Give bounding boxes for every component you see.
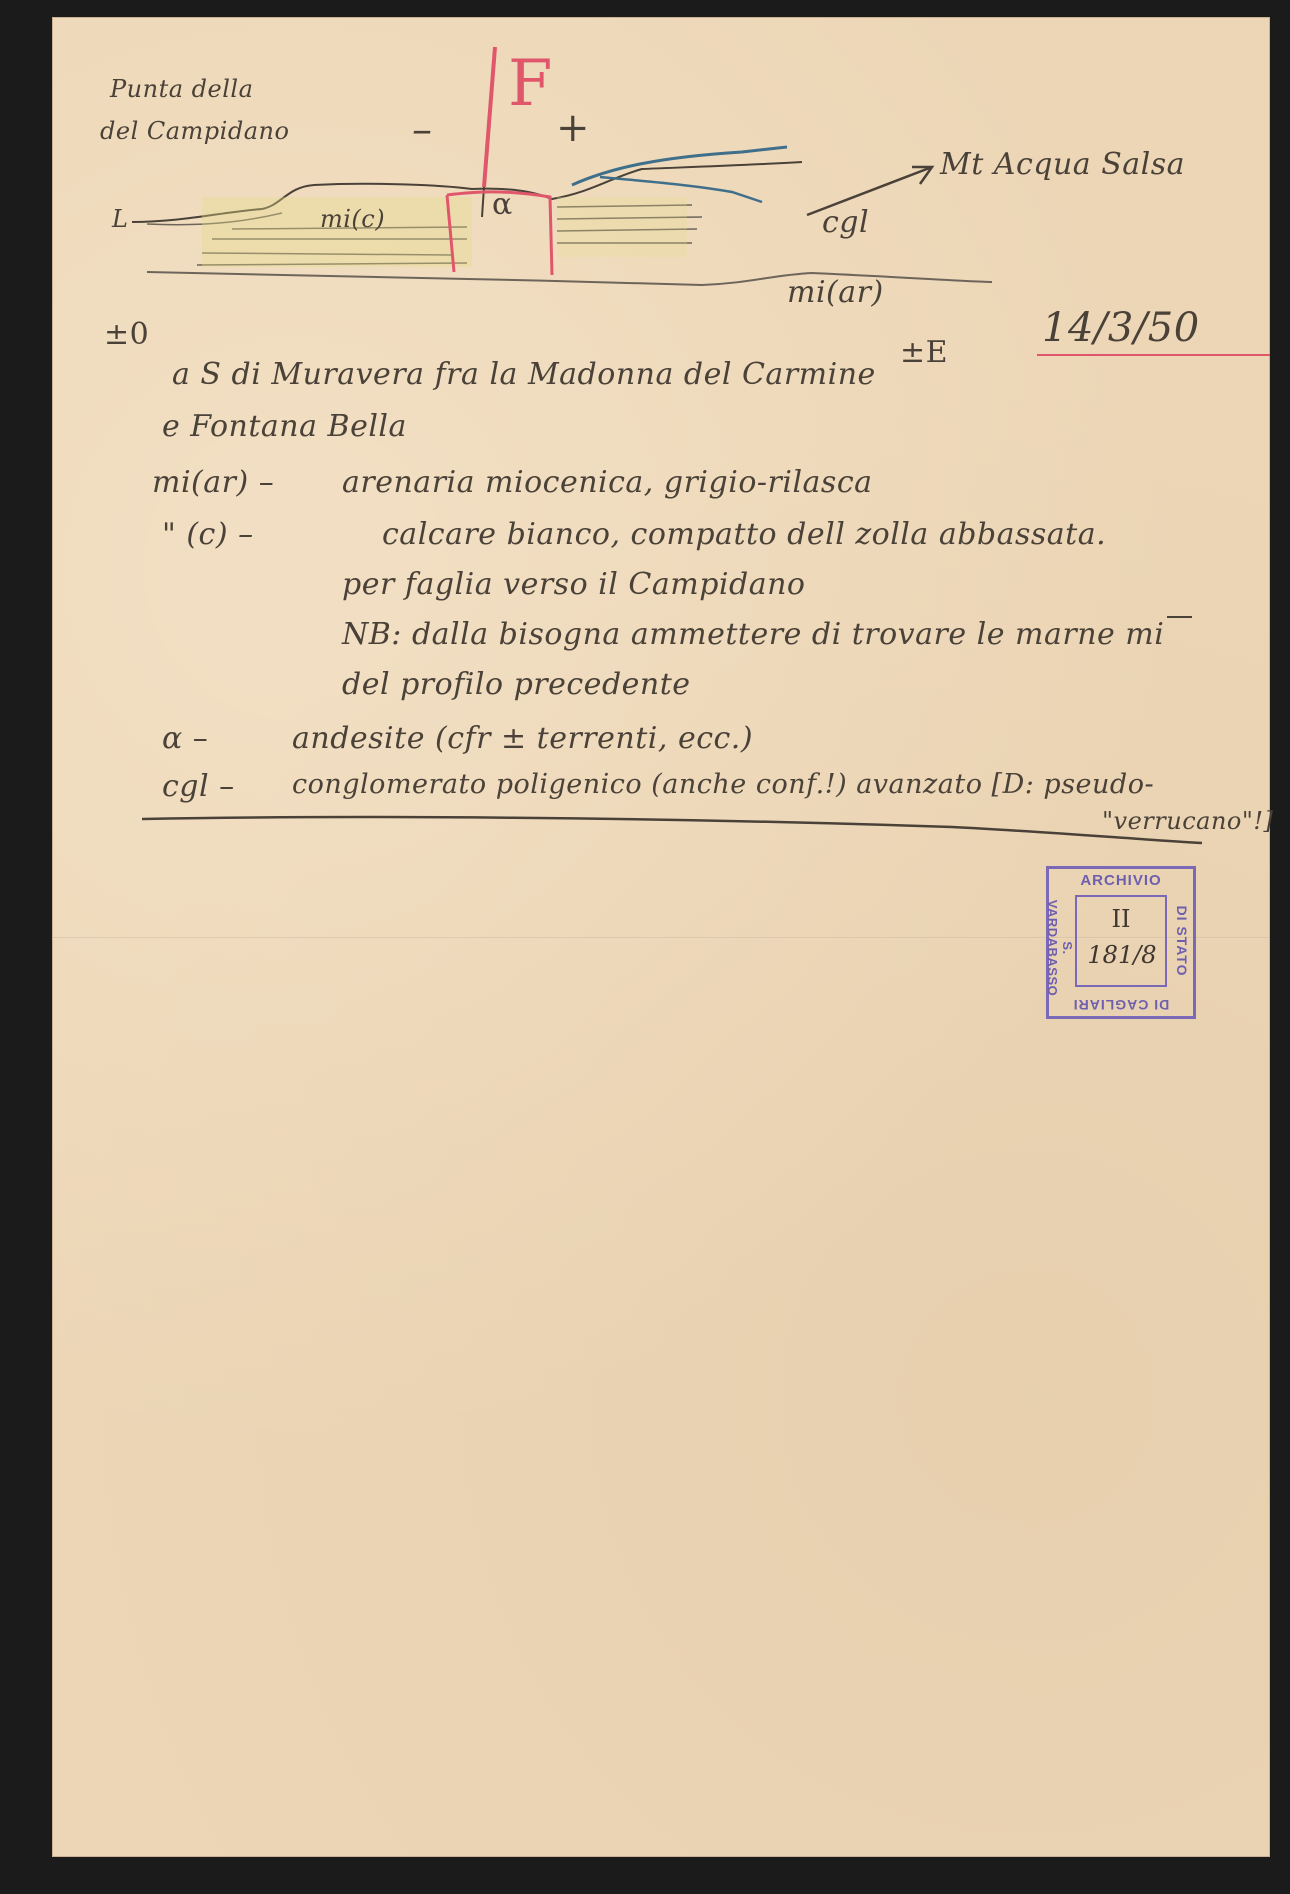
baseline-left-label: ±0 bbox=[104, 317, 149, 352]
sketch-label-cgl: cgl bbox=[822, 205, 869, 240]
top-left-note-line1: Punta della bbox=[110, 75, 253, 103]
sketch-label-mi-ar: mi(ar) bbox=[787, 275, 884, 310]
legend-nb-line2: del profilo precedente bbox=[342, 667, 691, 702]
baseline-right-label: ±E bbox=[900, 335, 948, 370]
fault-label: F bbox=[508, 47, 553, 121]
sketch-left-marker: L bbox=[112, 205, 128, 233]
stamp-right-text: DI STATO bbox=[1174, 896, 1190, 986]
note-intro-line1: a S di Muravera fra la Madonna del Carmi… bbox=[172, 357, 876, 392]
stamp-left-text: S. VARDABASSO bbox=[1045, 893, 1075, 1003]
legend-text-alpha: andesite (cfr ± terrenti, ecc.) bbox=[292, 721, 753, 756]
note-intro-line2: e Fontana Bella bbox=[162, 409, 407, 444]
legend-text-mi-ar: arenaria miocenica, grigio-rilasca bbox=[342, 465, 873, 500]
sketch-label-mi-c: mi(c) bbox=[320, 205, 385, 233]
legend-text-c: calcare bianco, compatto dell zolla abba… bbox=[382, 517, 1106, 552]
legend-symbol-alpha: α – bbox=[162, 721, 208, 756]
legend-text-c-cont: per faglia verso il Campidano bbox=[342, 567, 805, 602]
sketch-label-alpha: α bbox=[492, 187, 513, 222]
plus-sign: + bbox=[556, 105, 590, 151]
legend-symbol-c: " (c) – bbox=[162, 517, 254, 552]
document-page: Punta della del Campidano – F + Mt Acqua… bbox=[52, 17, 1270, 1857]
stamp-top-text: ARCHIVIO bbox=[1049, 872, 1193, 889]
stamp-inner-box: II 181/8 bbox=[1075, 895, 1167, 987]
top-left-note-line2: del Campidano bbox=[100, 117, 289, 145]
minus-sign: – bbox=[412, 107, 433, 153]
legend-symbol-mi-ar: mi(ar) – bbox=[152, 465, 274, 500]
legend-text-cgl: conglomerato poligenico (anche conf.!) a… bbox=[292, 769, 1154, 800]
date: 14/3/50 bbox=[1042, 305, 1200, 351]
destination-label: Mt Acqua Salsa bbox=[940, 147, 1185, 182]
legend-symbol-cgl: cgl – bbox=[162, 769, 235, 804]
legend-text-cgl-cont: "verrucano"!] bbox=[1102, 807, 1273, 835]
stamp-roman-numeral: II bbox=[1077, 905, 1165, 933]
legend-nb-line1: NB: dalla bisogna ammettere di trovare l… bbox=[342, 617, 1164, 652]
stamp-catalog-number: 181/8 bbox=[1079, 941, 1165, 969]
archive-stamp: ARCHIVIO DI STATO DI CAGLIARI S. VARDABA… bbox=[1046, 866, 1196, 1019]
